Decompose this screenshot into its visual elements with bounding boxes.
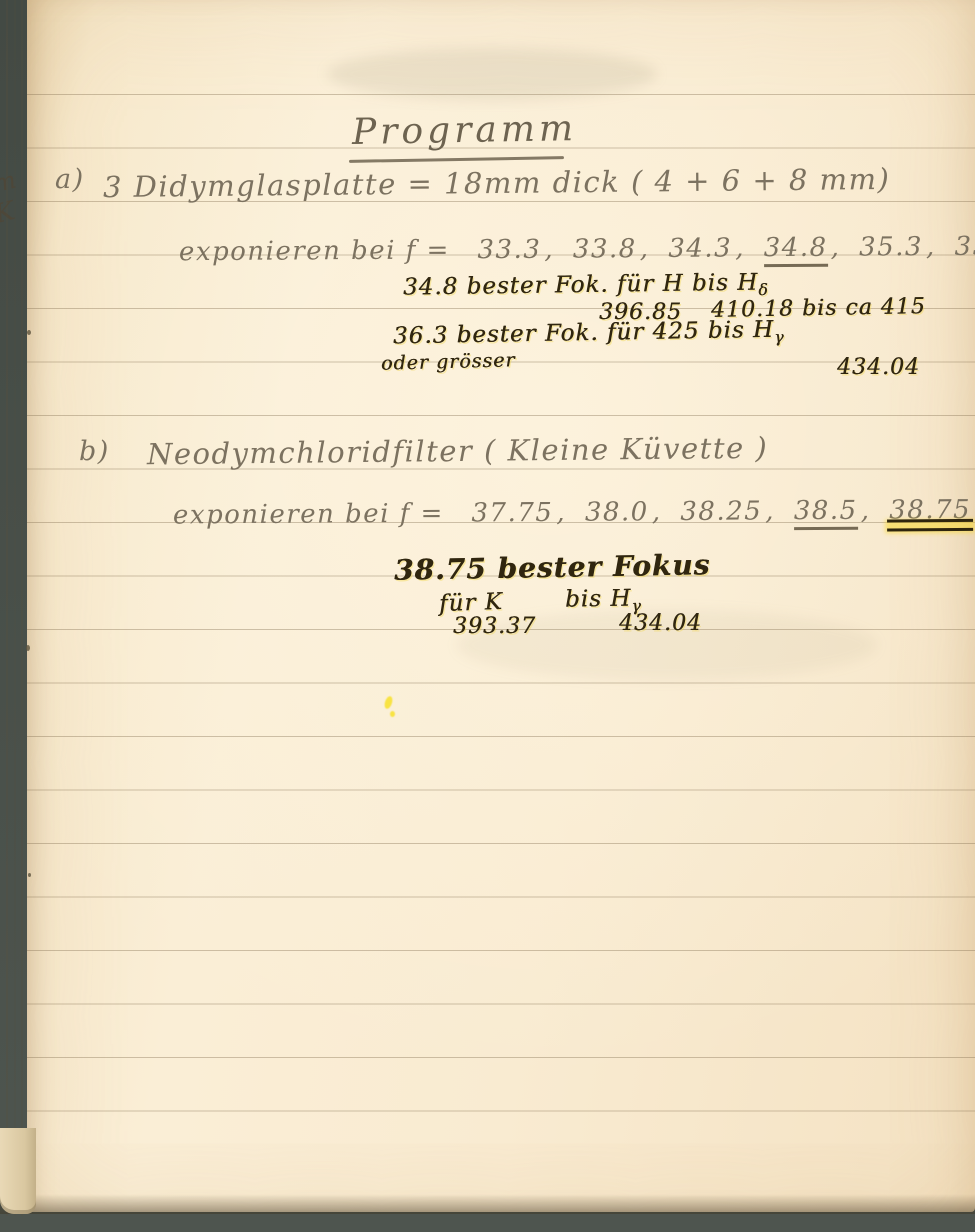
ink-bleed-smudge: [327, 48, 657, 100]
comma-separator: ,: [830, 233, 840, 263]
page-edge-stack: [0, 1128, 36, 1214]
f-value-underlined: 38.5: [794, 496, 858, 530]
exposure-line-b: exponieren bei f = 37.75, 38.0, 38.25, 3…: [173, 493, 975, 534]
comma-separator: ,: [861, 496, 871, 526]
exposure-prefix: exponieren bei f =: [173, 499, 444, 531]
f-value: 35.8: [954, 231, 975, 261]
f-value: 38.0: [585, 497, 649, 527]
section-b-heading: Neodymchloridfilter ( Kleine Küvette ): [147, 431, 769, 472]
paper-speck: [26, 645, 30, 651]
f-value-underlined: 34.8: [764, 233, 828, 267]
f-value-double-underlined: 38.75: [889, 495, 971, 526]
book-gutter-edge: m K: [0, 0, 27, 1216]
f-value: 33.3: [477, 235, 541, 265]
focus-note-b: 38.75 bester Fokus: [394, 548, 711, 587]
scanned-notebook-page: m K Programm a) 3 Didymglasplatte = 18mm…: [0, 0, 975, 1232]
page-bottom-shadow: [0, 1194, 975, 1214]
comma-separator: ,: [556, 498, 566, 528]
range-to-label: bis Hγ: [565, 585, 642, 612]
f-value: 37.75: [471, 498, 553, 529]
wavelength-value: 434.04: [837, 355, 920, 380]
comma-separator: ,: [544, 235, 554, 265]
comma-separator: ,: [652, 497, 662, 527]
exposure-prefix: exponieren bei f =: [179, 235, 450, 267]
f-value: 38.25: [680, 496, 762, 527]
paper-speck: [28, 873, 31, 877]
f-value: 34.3: [668, 233, 732, 263]
gutter-crease: [21, 0, 23, 1216]
exposure-line-a: exponieren bei f = 33.3, 33.8, 34.3, 34.…: [179, 231, 975, 272]
paper-speck: [27, 330, 31, 335]
comma-separator: ,: [640, 234, 650, 264]
note-oder-groesser: oder grösser: [381, 349, 516, 375]
page-title: Programm: [352, 108, 578, 153]
comma-separator: ,: [735, 233, 745, 263]
section-b-label: b): [79, 436, 110, 467]
wavelength-value: 434.04: [619, 611, 702, 636]
comma-separator: ,: [926, 232, 936, 262]
range-from-label: für K: [439, 589, 504, 617]
spectral-line-subscript: γ: [774, 327, 785, 346]
comma-separator: ,: [765, 496, 775, 526]
notebook-page: Programm a) 3 Didymglasplatte = 18mm dic…: [27, 0, 975, 1212]
focus-note-a1: 34.8 bester Fok. für H bis Hδ: [403, 269, 769, 300]
f-value: 33.8: [573, 234, 637, 264]
wavelength-value: 393.37: [453, 614, 536, 639]
section-a-label: a): [55, 164, 85, 195]
yellow-speck: [390, 711, 395, 717]
f-value: 35.3: [859, 232, 923, 262]
